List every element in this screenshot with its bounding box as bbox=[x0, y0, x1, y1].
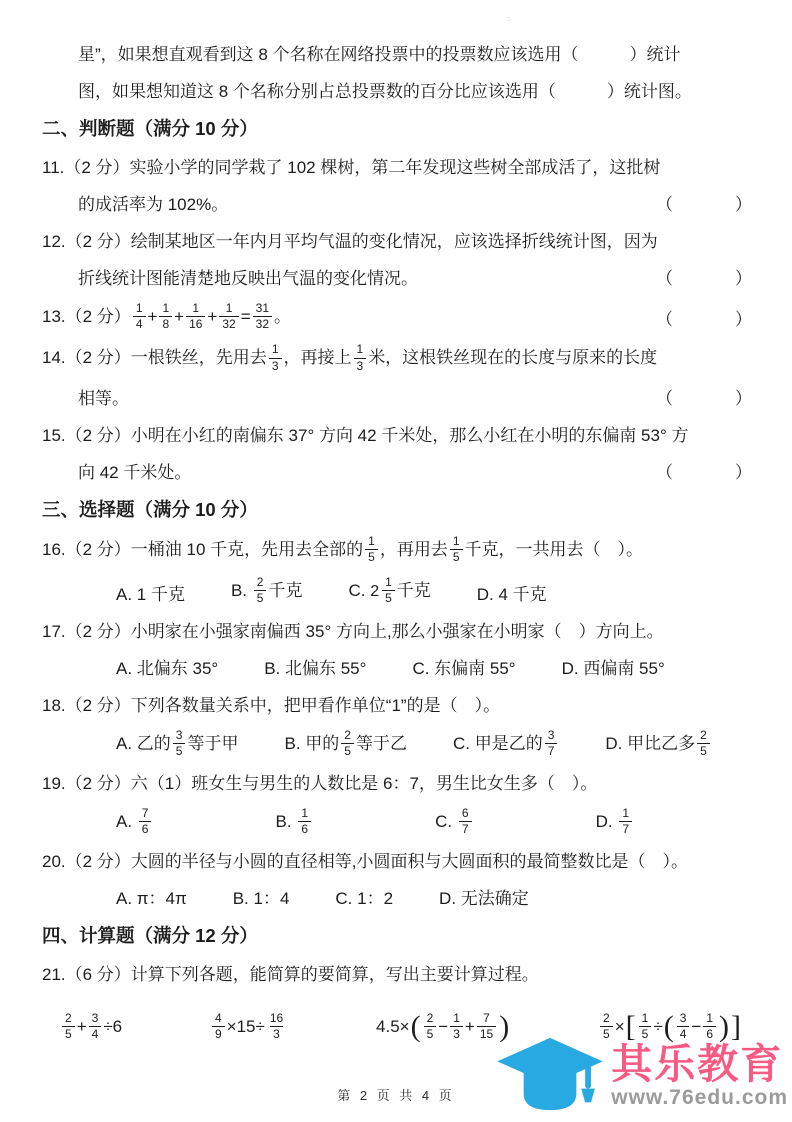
fraction: 25 bbox=[424, 1012, 437, 1041]
text-run: × bbox=[615, 1017, 625, 1036]
blank-close-paren: ） bbox=[735, 266, 752, 291]
answer-blank: （） bbox=[656, 192, 752, 217]
fraction: 17 bbox=[619, 807, 632, 836]
denominator: 5 bbox=[254, 590, 267, 605]
line-text: 19.（2 分）六（1）班女生与男生的人数比是 6：7，男生比女生多（ ）。 bbox=[42, 771, 597, 796]
blank-open-paren: （ bbox=[656, 266, 673, 291]
text-run: 图，如果想知道这 8 个名称分别占总投票数的百分比应该选用（ ）统计图。 bbox=[78, 82, 692, 101]
logo-text: 其乐教育 www.76edu.com bbox=[611, 1044, 788, 1110]
text-run: + bbox=[465, 1017, 475, 1036]
text-run: D. 西偏南 55° bbox=[562, 659, 665, 678]
text-run: 20.（2 分）大圆的半径与小圆的直径相等,小圆面积与大圆面积的最简整数比是（ … bbox=[42, 852, 688, 871]
text-run: D. 甲比乙多 bbox=[605, 734, 695, 753]
text-run: A. bbox=[116, 812, 137, 831]
question-line: 18.（2 分）下列各数量关系中，把甲看作单位“1”的是（ ）。 bbox=[42, 693, 752, 718]
question-line: 12.（2 分）绘制某地区一年内月平均气温的变化情况，应该选择折线统计图，因为 bbox=[42, 229, 752, 254]
answer-option: A. 乙的35等于甲 bbox=[116, 730, 238, 759]
answer-blank: （） bbox=[656, 386, 752, 411]
denominator: 3 bbox=[270, 1026, 283, 1041]
text-run: 千克 bbox=[268, 581, 302, 600]
line-text: 21.（6 分）计算下列各题，能简算的要简算，写出主要计算过程。 bbox=[42, 962, 539, 987]
numerator: 3 bbox=[545, 729, 558, 743]
fraction: 3132 bbox=[253, 302, 272, 331]
answer-blank: （） bbox=[656, 460, 752, 485]
line-text: 20.（2 分）大圆的半径与小圆的直径相等,小圆面积与大圆面积的最简整数比是（ … bbox=[42, 849, 688, 874]
denominator: 5 bbox=[424, 1026, 437, 1041]
fraction: 15 bbox=[365, 535, 378, 564]
question-wrap-line: 折线统计图能清楚地反映出气温的变化情况。（） bbox=[42, 266, 752, 291]
question-wrap-line: 向 42 千米处。（） bbox=[42, 460, 752, 485]
fraction: 34 bbox=[89, 1012, 102, 1041]
line-text: 四、计算题（满分 12 分） bbox=[42, 923, 258, 948]
text-run: C. bbox=[348, 581, 370, 600]
text-run: 14.（2 分）一根铁丝，先用去 bbox=[42, 349, 267, 368]
calc-expression: 4.5×(25−13+715) bbox=[376, 1013, 510, 1042]
question-line: 11.（2 分）实验小学的同学栽了 102 棵树，第二年发现这些树全部成活了，这… bbox=[42, 155, 752, 180]
answer-option: A. π：4π bbox=[116, 886, 187, 911]
numerator: 1 bbox=[703, 1012, 716, 1026]
options-row: A. 76B. 16C. 67D. 17 bbox=[42, 808, 752, 837]
blank-open-paren: （ bbox=[656, 192, 673, 217]
numerator: 1 bbox=[189, 302, 202, 316]
publisher-logo: 其乐教育 www.76edu.com bbox=[491, 1035, 788, 1120]
line-text: 13.（2 分）14+18+116+132=3132。 bbox=[42, 303, 291, 332]
text-run: C. bbox=[435, 812, 457, 831]
answer-option: C. 甲是乙的37 bbox=[453, 730, 559, 759]
denominator: 5 bbox=[382, 590, 395, 605]
answer-option: D. 甲比乙多25 bbox=[605, 730, 711, 759]
text-run: 12.（2 分）绘制某地区一年内月平均气温的变化情况，应该选择折线统计图，因为 bbox=[42, 232, 658, 251]
answer-option: A. 1 千克 bbox=[116, 582, 185, 607]
answer-option: D. 17 bbox=[596, 808, 634, 837]
fraction: 15 bbox=[382, 576, 395, 605]
numerator: 31 bbox=[253, 302, 272, 316]
text-run: D. 4 千克 bbox=[477, 585, 547, 604]
line-text: 的成活率为 102%。 bbox=[78, 192, 228, 217]
blank-open-paren: （ bbox=[656, 307, 673, 332]
options-row: A. 北偏东 35°B. 北偏东 55°C. 东偏南 55°D. 西偏南 55° bbox=[42, 656, 752, 681]
answer-option: C. 215千克 bbox=[348, 577, 430, 606]
exam-page: = 星”，如果想直观看到这 8 个名称在网络投票中的投票数应该选用（ ）统计图，… bbox=[0, 0, 792, 1122]
line-text: 相等。 bbox=[78, 386, 129, 411]
answer-option: D. 西偏南 55° bbox=[562, 656, 665, 681]
question-line: 17.（2 分）小明家在小强家南偏西 35° 方向上,那么小强家在小明家（ ）方… bbox=[42, 619, 752, 644]
line-text: 二、判断题（满分 10 分） bbox=[42, 116, 258, 141]
answer-option: D. 4 千克 bbox=[477, 582, 547, 607]
text-run: 15.（2 分）小明在小红的南偏东 37° 方向 42 千米处，那么小红在小明的… bbox=[42, 426, 688, 445]
text-run: B. 1：4 bbox=[233, 889, 290, 908]
text-run: D. 无法确定 bbox=[439, 889, 529, 908]
fraction: 67 bbox=[459, 807, 472, 836]
graduation-cap-icon bbox=[491, 1035, 609, 1120]
line-text: 图，如果想知道这 8 个名称分别占总投票数的百分比应该选用（ ）统计图。 bbox=[78, 79, 692, 104]
answer-option: B. 1：4 bbox=[233, 886, 290, 911]
answer-option: A. 北偏东 35° bbox=[116, 656, 218, 681]
numerator: 1 bbox=[269, 343, 282, 357]
denominator: 4 bbox=[89, 1026, 102, 1041]
text-run: 18.（2 分）下列各数量关系中，把甲看作单位“1”的是（ ）。 bbox=[42, 696, 500, 715]
fraction: 49 bbox=[212, 1012, 225, 1041]
line-text: 17.（2 分）小明家在小强家南偏西 35° 方向上,那么小强家在小明家（ ）方… bbox=[42, 619, 664, 644]
numerator: 3 bbox=[89, 1012, 102, 1026]
numerator: 3 bbox=[173, 729, 186, 743]
text-run: + bbox=[207, 307, 217, 326]
options-row: A. 乙的35等于甲B. 甲的25等于乙C. 甲是乙的37D. 甲比乙多25 bbox=[42, 730, 752, 759]
numerator: 1 bbox=[619, 807, 632, 821]
text-run: B. 北偏东 55° bbox=[264, 659, 366, 678]
denominator: 5 bbox=[450, 549, 463, 564]
fraction: 163 bbox=[267, 1012, 286, 1041]
denominator: 3 bbox=[450, 1026, 463, 1041]
numerator: 1 bbox=[159, 302, 172, 316]
numerator: 1 bbox=[450, 535, 463, 549]
numerator: 16 bbox=[267, 1012, 286, 1026]
question-wrap-line: 图，如果想知道这 8 个名称分别占总投票数的百分比应该选用（ ）统计图。 bbox=[42, 79, 752, 104]
answer-option: B. 甲的25等于乙 bbox=[284, 730, 406, 759]
numerator: 2 bbox=[697, 729, 710, 743]
text-run: 星”，如果想直观看到这 8 个名称在网络投票中的投票数应该选用（ ）统计 bbox=[78, 45, 681, 64]
fraction: 16 bbox=[298, 807, 311, 836]
text-run: D. bbox=[596, 812, 618, 831]
big-paren: ( bbox=[411, 1010, 421, 1043]
blank-close-paren: ） bbox=[735, 460, 752, 485]
text-run: 等于乙 bbox=[356, 734, 407, 753]
answer-option: D. 无法确定 bbox=[439, 886, 529, 911]
line-text: 12.（2 分）绘制某地区一年内月平均气温的变化情况，应该选择折线统计图，因为 bbox=[42, 229, 658, 254]
numerator: 2 bbox=[254, 576, 267, 590]
text-run: − bbox=[691, 1017, 701, 1036]
fraction: 25 bbox=[254, 576, 267, 605]
numerator: 4 bbox=[212, 1012, 225, 1026]
numerator: 2 bbox=[424, 1012, 437, 1026]
text-run: + bbox=[174, 307, 184, 326]
text-run: ，再用去 bbox=[380, 540, 448, 559]
question-line: 13.（2 分）14+18+116+132=3132。（） bbox=[42, 303, 752, 332]
question-wrap-line: 星”，如果想直观看到这 8 个名称在网络投票中的投票数应该选用（ ）统计 bbox=[42, 42, 752, 67]
answer-blank: （） bbox=[656, 307, 752, 332]
answer-option: C. 东偏南 55° bbox=[412, 656, 515, 681]
question-line: 14.（2 分）一根铁丝，先用去13，再接上13米，这根铁丝现在的长度与原来的长… bbox=[42, 344, 752, 373]
line-text: 14.（2 分）一根铁丝，先用去13，再接上13米，这根铁丝现在的长度与原来的长… bbox=[42, 344, 657, 373]
denominator: 5 bbox=[173, 743, 186, 758]
logo-title: 其乐教育 bbox=[611, 1044, 783, 1085]
text-run: C. 甲是乙的 bbox=[453, 734, 543, 753]
denominator: 16 bbox=[186, 316, 205, 331]
denominator: 8 bbox=[159, 316, 172, 331]
numerator: 1 bbox=[223, 302, 236, 316]
fraction: 35 bbox=[173, 729, 186, 758]
line-text: 18.（2 分）下列各数量关系中，把甲看作单位“1”的是（ ）。 bbox=[42, 693, 500, 718]
fraction: 13 bbox=[450, 1012, 463, 1041]
text-run: A. 乙的 bbox=[116, 734, 171, 753]
fraction: 13 bbox=[269, 343, 282, 372]
text-run: 千克，一共用去（ ）。 bbox=[465, 540, 644, 559]
text-run: B. bbox=[276, 812, 297, 831]
blank-close-paren: ） bbox=[735, 386, 752, 411]
text-run: A. π：4π bbox=[116, 889, 187, 908]
scan-artifact: = bbox=[506, 14, 511, 24]
question-wrap-line: 相等。（） bbox=[42, 386, 752, 411]
numerator: 2 bbox=[62, 1012, 75, 1026]
denominator: 3 bbox=[269, 358, 282, 373]
text-run: 三、选择题（满分 10 分） bbox=[42, 499, 258, 520]
denominator: 5 bbox=[62, 1026, 75, 1041]
answer-option: B. 北偏东 55° bbox=[264, 656, 366, 681]
denominator: 6 bbox=[139, 821, 152, 836]
blank-close-paren: ） bbox=[735, 307, 752, 332]
text-run: 19.（2 分）六（1）班女生与男生的人数比是 6：7，男生比女生多（ ）。 bbox=[42, 774, 597, 793]
text-run: − bbox=[438, 1017, 448, 1036]
text-run: C. 1：2 bbox=[335, 889, 393, 908]
line-text: 三、选择题（满分 10 分） bbox=[42, 497, 258, 522]
numerator: 7 bbox=[139, 807, 152, 821]
text-run: 11.（2 分）实验小学的同学栽了 102 棵树，第二年发现这些树全部成活了，这… bbox=[42, 158, 660, 177]
text-run: A. 1 千克 bbox=[116, 585, 185, 604]
text-run: 四、计算题（满分 12 分） bbox=[42, 925, 258, 946]
line-text: 15.（2 分）小明在小红的南偏东 37° 方向 42 千米处，那么小红在小明的… bbox=[42, 423, 688, 448]
denominator: 5 bbox=[365, 549, 378, 564]
answer-option: C. 67 bbox=[435, 808, 473, 837]
text-run: 向 42 千米处。 bbox=[78, 463, 191, 482]
text-run: 16.（2 分）一桶油 10 千克，先用去全部的 bbox=[42, 540, 363, 559]
text-run: ，再接上 bbox=[284, 349, 352, 368]
text-run: = bbox=[241, 307, 251, 326]
fraction: 14 bbox=[133, 302, 146, 331]
text-run: 等于甲 bbox=[187, 734, 238, 753]
text-run: 米，这根铁丝现在的长度与原来的长度 bbox=[368, 349, 657, 368]
text-run: + bbox=[148, 307, 158, 326]
options-row: A. π：4πB. 1：4C. 1：2D. 无法确定 bbox=[42, 886, 752, 911]
question-line: 20.（2 分）大圆的半径与小圆的直径相等,小圆面积与大圆面积的最简整数比是（ … bbox=[42, 849, 752, 874]
text-run: 的成活率为 102%。 bbox=[78, 195, 228, 214]
fraction: 25 bbox=[62, 1012, 75, 1041]
fraction: 37 bbox=[545, 729, 558, 758]
calc-expression: 25+34÷6 bbox=[60, 1013, 122, 1042]
exam-content: 星”，如果想直观看到这 8 个名称在网络投票中的投票数应该选用（ ）统计图，如果… bbox=[42, 42, 752, 1067]
numerator: 1 bbox=[639, 1012, 652, 1026]
numerator: 1 bbox=[354, 343, 367, 357]
section-heading: 二、判断题（满分 10 分） bbox=[42, 116, 752, 141]
numerator: 1 bbox=[382, 576, 395, 590]
denominator: 7 bbox=[545, 743, 558, 758]
numerator: 1 bbox=[365, 535, 378, 549]
denominator: 5 bbox=[341, 743, 354, 758]
answer-option: B. 25千克 bbox=[231, 577, 302, 606]
denominator: 32 bbox=[219, 316, 238, 331]
fraction: 18 bbox=[159, 302, 172, 331]
line-text: 星”，如果想直观看到这 8 个名称在网络投票中的投票数应该选用（ ）统计 bbox=[78, 42, 681, 67]
denominator: 5 bbox=[697, 743, 710, 758]
text-run: B. bbox=[231, 581, 252, 600]
denominator: 7 bbox=[459, 821, 472, 836]
text-run: ÷6 bbox=[103, 1017, 122, 1036]
blank-open-paren: （ bbox=[656, 460, 673, 485]
fraction: 25 bbox=[697, 729, 710, 758]
text-run: 二、判断题（满分 10 分） bbox=[42, 118, 258, 139]
text-run: B. 甲的 bbox=[284, 734, 339, 753]
line-text: 向 42 千米处。 bbox=[78, 460, 191, 485]
text-run: A. 北偏东 35° bbox=[116, 659, 218, 678]
fraction: 15 bbox=[450, 535, 463, 564]
fraction: 76 bbox=[139, 807, 152, 836]
options-row: A. 1 千克B. 25千克C. 215千克D. 4 千克 bbox=[42, 577, 752, 606]
fraction: 25 bbox=[341, 729, 354, 758]
text-run: 相等。 bbox=[78, 389, 129, 408]
text-run: 4.5× bbox=[376, 1017, 410, 1036]
numerator: 2 bbox=[341, 729, 354, 743]
line-text: 11.（2 分）实验小学的同学栽了 102 棵树，第二年发现这些树全部成活了，这… bbox=[42, 155, 660, 180]
text-run: 13.（2 分） bbox=[42, 307, 131, 326]
answer-option: B. 16 bbox=[276, 808, 313, 837]
answer-option: A. 76 bbox=[116, 808, 153, 837]
blank-open-paren: （ bbox=[656, 386, 673, 411]
fraction: 132 bbox=[219, 302, 238, 331]
line-text: 折线统计图能清楚地反映出气温的变化情况。 bbox=[78, 266, 418, 291]
numerator: 6 bbox=[459, 807, 472, 821]
denominator: 32 bbox=[253, 316, 272, 331]
text-run: ×15÷ bbox=[227, 1017, 265, 1036]
calc-expression: 49×15÷163 bbox=[210, 1013, 288, 1042]
numerator: 1 bbox=[133, 302, 146, 316]
answer-blank: （） bbox=[656, 266, 752, 291]
text-run: 。 bbox=[274, 307, 291, 326]
blank-close-paren: ） bbox=[735, 192, 752, 217]
mixed-number: 215 bbox=[370, 577, 397, 606]
text-run: C. 东偏南 55° bbox=[412, 659, 515, 678]
denominator: 6 bbox=[298, 821, 311, 836]
question-wrap-line: 的成活率为 102%。（） bbox=[42, 192, 752, 217]
numerator: 3 bbox=[677, 1012, 690, 1026]
numerator: 1 bbox=[450, 1012, 463, 1026]
text-run: 折线统计图能清楚地反映出气温的变化情况。 bbox=[78, 269, 418, 288]
numerator: 2 bbox=[600, 1012, 613, 1026]
text-run: 21.（6 分）计算下列各题，能简算的要简算，写出主要计算过程。 bbox=[42, 965, 539, 984]
question-line: 15.（2 分）小明在小红的南偏东 37° 方向 42 千米处，那么小红在小明的… bbox=[42, 423, 752, 448]
line-text: 16.（2 分）一桶油 10 千克，先用去全部的15，再用去15千克，一共用去（… bbox=[42, 536, 643, 565]
numerator: 1 bbox=[298, 807, 311, 821]
question-line: 21.（6 分）计算下列各题，能简算的要简算，写出主要计算过程。 bbox=[42, 962, 752, 987]
denominator: 4 bbox=[133, 316, 146, 331]
denominator: 9 bbox=[212, 1026, 225, 1041]
question-line: 16.（2 分）一桶油 10 千克，先用去全部的15，再用去15千克，一共用去（… bbox=[42, 536, 752, 565]
whole-part: 2 bbox=[370, 579, 379, 604]
fraction: 116 bbox=[186, 302, 205, 331]
section-heading: 四、计算题（满分 12 分） bbox=[42, 923, 752, 948]
logo-url: www.76edu.com bbox=[611, 1085, 788, 1110]
question-line: 19.（2 分）六（1）班女生与男生的人数比是 6：7，男生比女生多（ ）。 bbox=[42, 771, 752, 796]
text-run: 17.（2 分）小明家在小强家南偏西 35° 方向上,那么小强家在小明家（ ）方… bbox=[42, 622, 664, 641]
text-run: + bbox=[77, 1017, 87, 1036]
numerator: 7 bbox=[480, 1012, 493, 1026]
fraction: 13 bbox=[354, 343, 367, 372]
denominator: 7 bbox=[619, 821, 632, 836]
text-run: ÷ bbox=[653, 1017, 662, 1036]
denominator: 3 bbox=[354, 358, 367, 373]
section-heading: 三、选择题（满分 10 分） bbox=[42, 497, 752, 522]
answer-option: C. 1：2 bbox=[335, 886, 393, 911]
text-run: 千克 bbox=[397, 581, 431, 600]
